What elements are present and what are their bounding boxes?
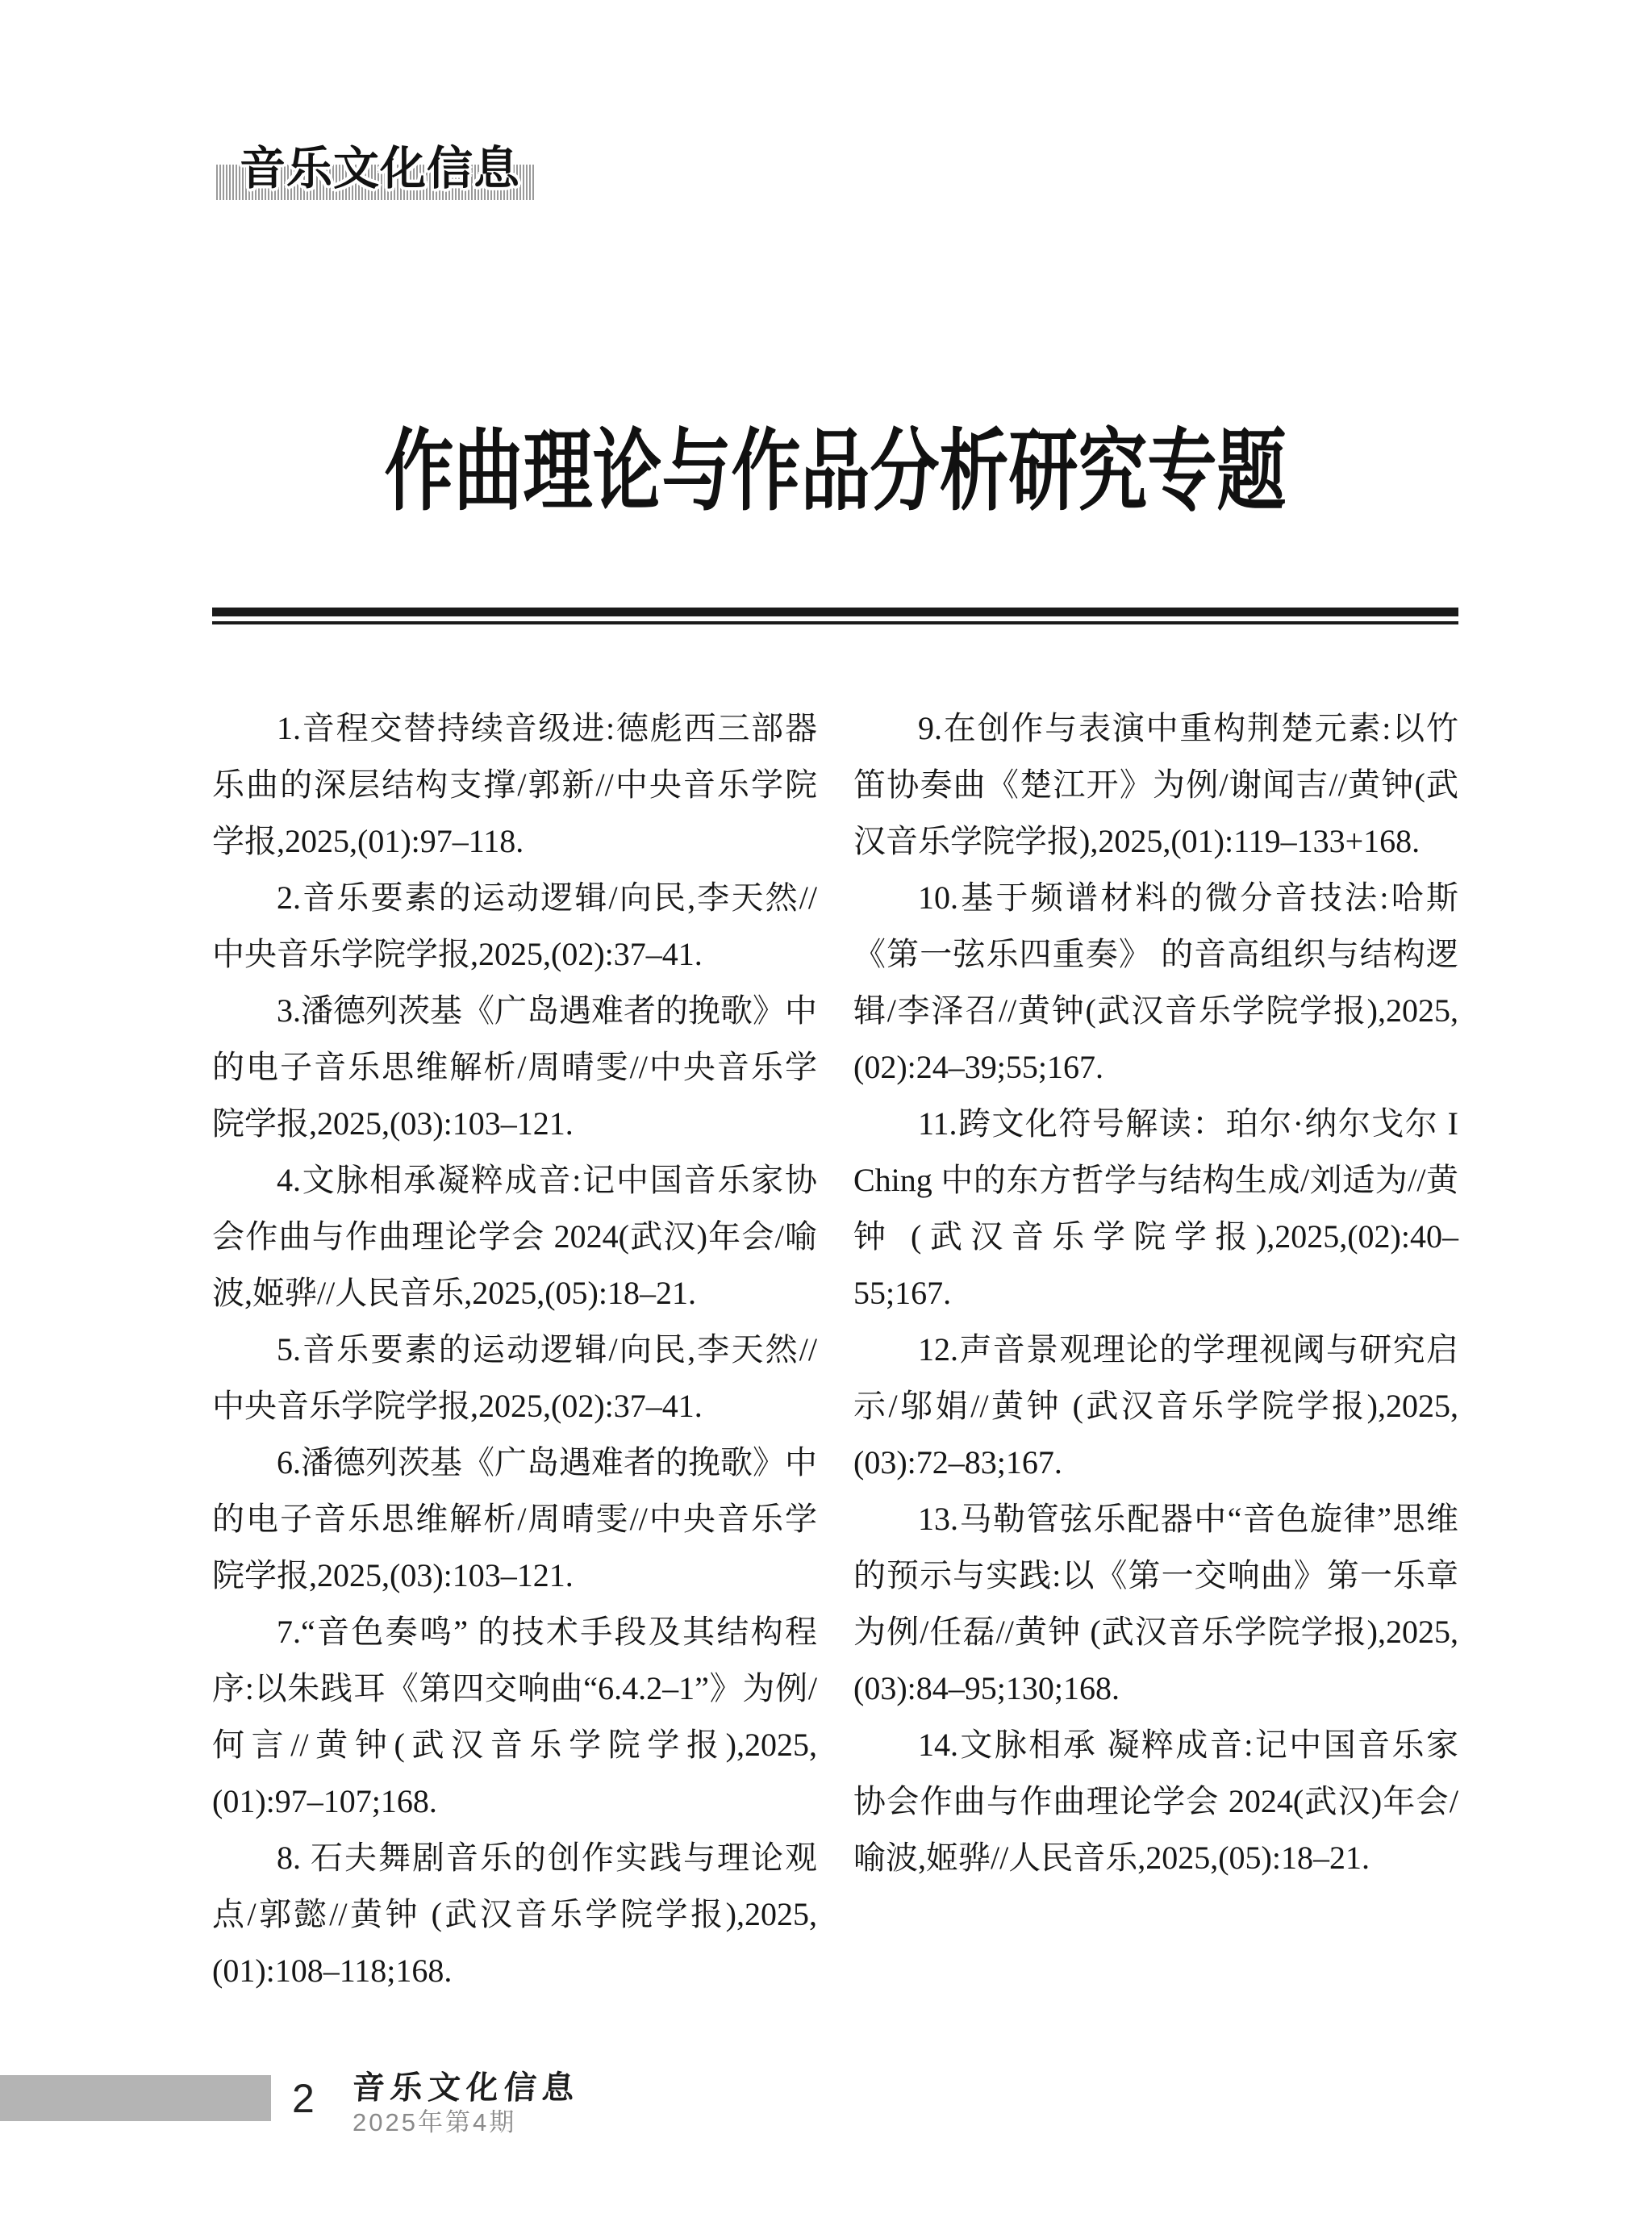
bibliography-entry: 4.文脉相承凝粹成音:记中国音乐家协会作曲与作曲理论学会 2024(武汉)年会/… — [212, 1152, 817, 1322]
bibliography-entry: 3.潘德列茨基《广岛遇难者的挽歌》中的电子音乐思维解析/周晴雯//中央音乐学院学… — [212, 983, 817, 1152]
running-head-title: 音乐文化信息 — [240, 132, 520, 198]
bibliography-left-column: 1.音程交替持续音级进:德彪西三部器乐曲的深层结构支撑/郭新//中央音乐学院学报… — [212, 700, 817, 1999]
footer-issue-label: 2025年第4期 — [353, 2102, 516, 2138]
bibliography-entry: 10.基于频谱材料的微分音技法:哈斯《第一弦乐四重奏》 的音高组织与结构逻辑/李… — [853, 870, 1458, 1096]
bibliography-entry: 14.文脉相承 凝粹成音:记中国音乐家协会作曲与作曲理论学会 2024(武汉)年… — [853, 1717, 1458, 1886]
bibliography-entry: 7.“音色奏鸣” 的技术手段及其结构程序:以朱践耳《第四交响曲“6.4.2–1”… — [212, 1604, 817, 1830]
bibliography-entry: 12.声音景观理论的学理视阈与研究启示/邬娟//黄钟 (武汉音乐学院学报),20… — [853, 1322, 1458, 1491]
divider-rule-thin — [212, 621, 1458, 624]
bibliography-entry: 13.马勒管弦乐配器中“音色旋律”思维的预示与实践:以《第一交响曲》第一乐章为例… — [853, 1491, 1458, 1717]
divider-rule-thick — [212, 608, 1458, 616]
journal-page: 音乐文化信息 作曲理论与作品分析研究专题 1.音程交替持续音级进:德彪西三部器乐… — [0, 0, 1652, 2226]
bibliography-entry: 9.在创作与表演中重构荆楚元素:以竹笛协奏曲《楚江开》为例/谢闻吉//黄钟(武汉… — [853, 700, 1458, 870]
bibliography-entry: 11.跨文化符号解读：珀尔·纳尔戈尔 I Ching 中的东方哲学与结构生成/刘… — [853, 1096, 1458, 1322]
page-number: 2 — [292, 2075, 315, 2122]
footer-gray-bar — [0, 2075, 271, 2121]
section-title: 作曲理论与作品分析研究专题 — [212, 428, 1458, 516]
bibliography-entry: 8. 石夫舞剧音乐的创作实践与理论观点/郭懿//黄钟 (武汉音乐学院学报),20… — [212, 1830, 817, 1999]
bibliography-entry: 5.音乐要素的运动逻辑/向民,李天然//中央音乐学院学报,2025,(02):3… — [212, 1322, 817, 1435]
bibliography-entry: 2.音乐要素的运动逻辑/向民,李天然//中央音乐学院学报,2025,(02):3… — [212, 870, 817, 983]
bibliography-entry: 6.潘德列茨基《广岛遇难者的挽歌》中的电子音乐思维解析/周晴雯//中央音乐学院学… — [212, 1435, 817, 1604]
bibliography-entry: 1.音程交替持续音级进:德彪西三部器乐曲的深层结构支撑/郭新//中央音乐学院学报… — [212, 700, 817, 870]
bibliography: 1.音程交替持续音级进:德彪西三部器乐曲的深层结构支撑/郭新//中央音乐学院学报… — [212, 700, 1458, 1999]
bibliography-right-column: 9.在创作与表演中重构荆楚元素:以竹笛协奏曲《楚江开》为例/谢闻吉//黄钟(武汉… — [853, 700, 1458, 1999]
